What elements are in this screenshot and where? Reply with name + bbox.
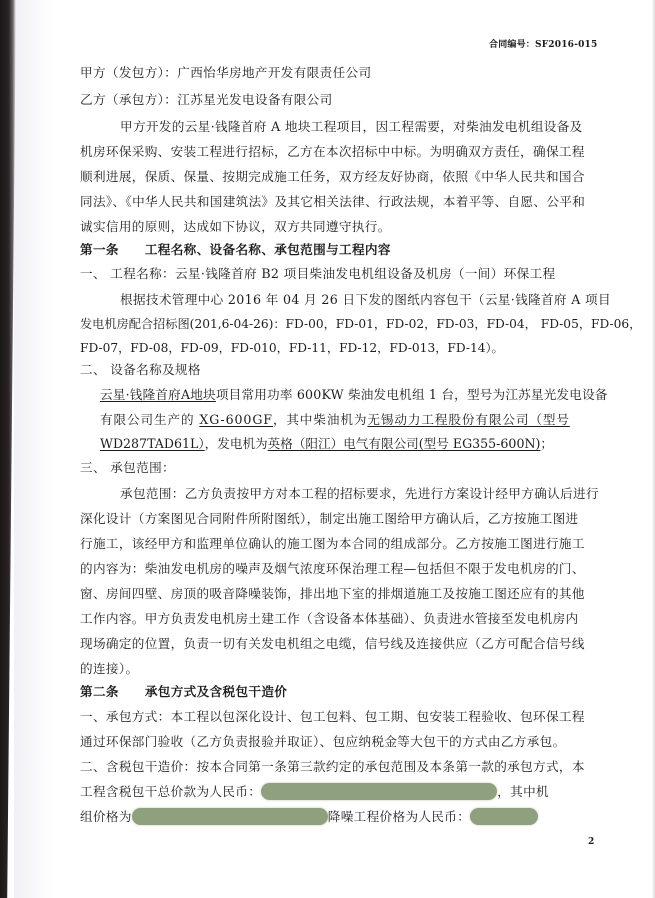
project-name-underlined: 云星·钱隆首府A地块 — [100, 387, 216, 402]
preamble-line: 甲方开发的云星·钱隆首府 A 地块工程项目，因工程需要，对柴油发电机组设备及 — [120, 117, 655, 137]
price-line: 二、含税包干造价：按本合同第一条第三款约定的承包范围及本条第一款的承包方式，本 — [80, 757, 640, 777]
article2-title: 承包方式及含税包干造价 — [145, 684, 287, 699]
article1-title: 工程名称、设备名称、承包范围与工程内容 — [145, 242, 391, 257]
generator-model: XG-600GF — [199, 412, 273, 427]
diesel-engine-model: WD287TAD61L） — [100, 436, 205, 451]
preamble-line: 顺利进展，保质、保量、按期完成施工任务，双方经友好协商，依照《中华人民共和国合 — [80, 167, 640, 187]
price-text: 工程含税包干总价款为人民币： — [80, 784, 261, 799]
article1-item1-body: FD-07，FD-08，FD-09，FD-010，FD-11，FD-12，FD-… — [80, 338, 640, 358]
alternator-maker: 英格（阳江）电气有限公司(型号 EG355-600N) — [268, 436, 541, 451]
party-b: 乙方（承包方）：江苏星光发电设备有限公司 — [80, 90, 640, 110]
article2-number: 第二条 — [80, 684, 119, 699]
scope-line: 的内容为：柴油发电机房的噪声及烟气浓度环保治理工程—包括但不限于发电机房的门、 — [80, 559, 640, 579]
equipment-spec-text: ，其中柴油机为 — [273, 412, 367, 427]
article1-heading: 第一条工程名称、设备名称、承包范围与工程内容 — [80, 240, 640, 260]
scope-line: 深化设计（方案图见合同附件所附图纸），制定出施工图给甲方确认后，乙方按施工图进 — [80, 509, 640, 529]
page-number: 2 — [588, 837, 594, 847]
contract-page: 合同编号：SF2016-015 甲方（发包方）：广西怡华房地产开发有限责任公司 … — [0, 0, 655, 898]
price-text: 降噪工程价格为人民币： — [328, 809, 470, 824]
article1-item1-body: 发电机房配合招标图(201,6-04-26)：FD-00，FD-01，FD-02… — [80, 314, 640, 334]
preamble-line: 诚实信用的原则，达成如下协议，双方共同遵守执行。 — [80, 217, 640, 237]
contract-method-line: 通过环保部门验收（乙方负责报验并取证）、包应纳税金等大包干的方式由乙方承包。 — [80, 732, 640, 752]
redacted-total-price — [261, 783, 497, 800]
equipment-spec-text: ； — [540, 436, 553, 451]
contract-method-line: 一、承包方式：本工程以包深化设计、包工包料、包工期、包安装工程验收、包环保工程 — [80, 707, 640, 727]
preamble-line: 机房环保采购、安装工程进行招标，乙方在本次招标中中标。为明确双方责任，确保工程 — [80, 142, 640, 162]
price-text: ，其中机 — [497, 784, 549, 799]
article2-heading: 第二条承包方式及含税包干造价 — [80, 682, 640, 702]
scope-line: 行施工，该经甲方和监理单位确认的施工图为本合同的组成部分。乙方按施工图进行施工 — [80, 534, 640, 554]
equipment-spec-line: 云星·钱隆首府A地块项目常用功率 600KW 柴油发电机组 1 台，型号为江苏星… — [100, 385, 655, 405]
scope-line: 现场确定的位置，负责一切有关发电机组之电缆，信号线及连接供应（乙方可配合信号线 — [80, 634, 640, 654]
article1-item1: 一、 工程名称：云星·钱隆首府 B2 项目柴油发电机组设备及机房（一间）环保工程 — [80, 264, 640, 284]
party-a: 甲方（发包方）：广西怡华房地产开发有限责任公司 — [80, 63, 640, 83]
redacted-noise-price — [470, 808, 538, 825]
equipment-spec-text: ，发电机为 — [205, 436, 268, 451]
scope-line: 工作内容。甲方负责发电机房土建工作（含设备本体基础）、负责进水管接至发电机房内 — [80, 609, 640, 629]
scope-line: 承包范围：乙方负责按甲方对本工程的招标要求，先进行方案设计经甲方确认后进行 — [120, 484, 655, 504]
price-line: 组价格为降噪工程价格为人民币： — [80, 807, 640, 827]
scope-line: 窗、房间四壁、房顶的吸音降噪装饰，排出地下室的排烟道施工及按施工图还应有的其他 — [80, 584, 640, 604]
price-line: 工程含税包干总价款为人民币：，其中机 — [80, 782, 640, 802]
equipment-spec-text: 有限公司生产的 — [100, 412, 199, 427]
scope-line: 的连接）。 — [80, 659, 640, 679]
article1-item2-title: 二、 设备名称及规格 — [80, 360, 640, 380]
price-text: 组价格为 — [80, 809, 132, 824]
redacted-unit-price — [132, 808, 328, 825]
article1-number: 第一条 — [80, 242, 119, 257]
equipment-spec-line: 有限公司生产的 XG-600GF，其中柴油机为无锡动力工程股份有限公司（型号 — [100, 410, 655, 430]
contract-number: 合同编号：SF2016-015 — [489, 37, 597, 50]
equipment-spec-text: 项目常用功率 600KW 柴油发电机组 1 台，型号为江苏星光发电设备 — [216, 387, 608, 402]
article1-item3-title: 三、 承包范围： — [80, 458, 640, 478]
preamble-line: 同法》、《中华人民共和国建筑法》及其它相关法律、行政法规，本着平等、自愿、公平和 — [80, 192, 640, 212]
diesel-engine-maker: 无锡动力工程股份有限公司（型号 — [367, 412, 569, 427]
equipment-spec-line: WD287TAD61L），发电机为英格（阳江）电气有限公司(型号 EG355-6… — [100, 434, 655, 454]
article1-item1-body: 根据技术管理中心 2016 年 04 月 26 日下发的图纸内容包干（云星·钱隆… — [120, 290, 655, 310]
